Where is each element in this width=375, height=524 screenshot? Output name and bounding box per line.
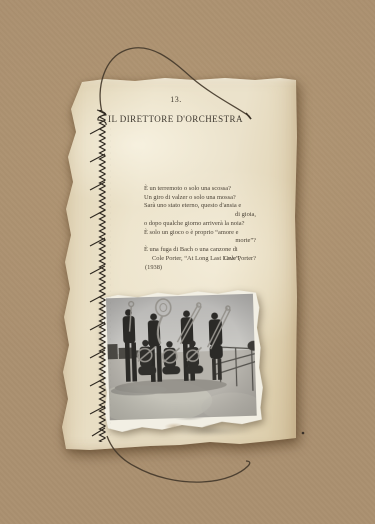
poem-line: Un giro di valzer o solo una mossa?	[144, 194, 256, 203]
poem-attribution: Cole Porter, “At Long Last Love”, (1938)	[145, 255, 263, 272]
attribution-line: (1938)	[145, 264, 263, 273]
page-number: 13.	[120, 95, 232, 104]
attribution-line: Cole Porter, “At Long Last Love”,	[145, 255, 263, 264]
photo-deckled-border	[98, 287, 265, 435]
musicians-photo-scene	[106, 294, 257, 421]
kraft-cardboard-background: 13. IL DIRETTORE D'ORCHESTRA È un terrem…	[0, 0, 375, 524]
poem-line: di gioia,	[144, 211, 256, 220]
poem-line: È un terremoto o solo una scossa?	[144, 185, 256, 194]
page-paper: 13. IL DIRETTORE D'ORCHESTRA È un terrem…	[60, 77, 298, 454]
poem-text: È un terremoto o solo una scossa? Un gir…	[144, 185, 256, 263]
poem-line: o dopo qualche giorno arriverà la noia?	[144, 220, 256, 229]
torn-book-page: 13. IL DIRETTORE D'ORCHESTRA È un terrem…	[60, 77, 298, 454]
photo-vignette	[106, 294, 257, 421]
vintage-photograph	[98, 287, 265, 435]
ink-speck	[302, 432, 305, 435]
poem-line: È solo un gioco o è proprio “amore e	[144, 229, 256, 238]
chapter-title: IL DIRETTORE D'ORCHESTRA	[108, 114, 243, 124]
poem-line: morte”?	[144, 237, 256, 246]
poem-line: Sarà uno stato eterno, questo d'ansia e	[144, 202, 256, 211]
poem-line: È una fuga di Bach o una canzone di	[144, 246, 256, 255]
